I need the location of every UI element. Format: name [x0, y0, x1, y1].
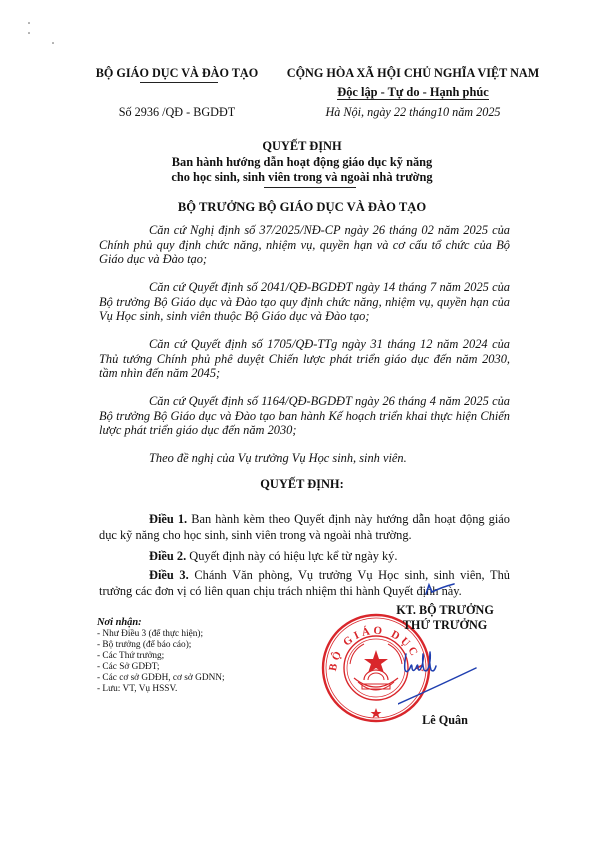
recipient-item: - Các cơ sở GDĐH, cơ sở GDNN; — [97, 673, 307, 684]
scan-artifact — [28, 22, 30, 24]
article-1: Điều 1. Ban hành kèm theo Quyết định này… — [99, 512, 510, 543]
recipient-item: - Như Điều 3 (để thực hiện); — [97, 629, 307, 640]
recipient-item: - Bộ trưởng (để báo cáo); — [97, 640, 307, 651]
preamble-paragraph: Căn cứ Quyết định số 1705/QĐ-TTg ngày 31… — [99, 337, 510, 381]
article-label: Điều 1. — [149, 512, 187, 526]
country-name: CỘNG HÒA XÃ HỘI CHỦ NGHĨA VIỆT NAM — [282, 66, 544, 81]
ministry-underline — [140, 82, 218, 83]
ministry-name: BỘ GIÁO DỤC VÀ ĐÀO TẠO — [82, 66, 272, 81]
preamble-paragraph: Căn cứ Nghị định số 37/2025/NĐ-CP ngày 2… — [99, 223, 510, 267]
recipient-item: - Các Sở GDĐT; — [97, 662, 307, 673]
handwritten-signature-icon — [398, 648, 488, 708]
signature-title-1: KT. BỘ TRƯỞNG — [370, 603, 520, 618]
article-label: Điều 2. — [149, 549, 186, 563]
scan-artifact — [52, 42, 54, 44]
title-underline — [264, 187, 356, 188]
document-number: Số 2936 /QĐ - BGDĐT — [82, 105, 272, 120]
article-label: Điều 3. — [149, 568, 189, 582]
article-text: Quyết định này có hiệu lực kể từ ngày ký… — [186, 549, 397, 563]
national-motto: Độc lập - Tự do - Hạnh phúc — [337, 85, 488, 100]
recipients-heading: Nơi nhận: — [97, 617, 307, 629]
preamble-paragraph: Theo đề nghị của Vụ trưởng Vụ Học sinh, … — [99, 451, 510, 466]
decision-heading: QUYẾT ĐỊNH: — [82, 477, 522, 492]
issuing-authority: BỘ TRƯỞNG BỘ GIÁO DỤC VÀ ĐÀO TẠO — [82, 200, 522, 215]
document-type-heading: QUYẾT ĐỊNH — [82, 139, 522, 154]
place-and-date: Hà Nội, ngày 22 tháng10 năm 2025 — [282, 105, 544, 120]
document-subtitle-line2: cho học sinh, sinh viên trong và ngoài n… — [82, 170, 522, 185]
article-2: Điều 2. Quyết định này có hiệu lực kể từ… — [99, 549, 510, 564]
preamble-paragraph: Căn cứ Quyết định số 2041/QĐ-BGDĐT ngày … — [99, 280, 510, 324]
signer-name: Lê Quân — [370, 713, 520, 728]
preamble-paragraph: Căn cứ Quyết định số 1164/QĐ-BGDĐT ngày … — [99, 394, 510, 438]
recipient-item: - Lưu: VT, Vụ HSSV. — [97, 684, 307, 695]
scan-artifact — [28, 32, 30, 34]
recipients-block: Nơi nhận: - Như Điều 3 (để thực hiện); -… — [97, 617, 307, 695]
recipient-item: - Các Thứ trưởng; — [97, 651, 307, 662]
document-subtitle-line1: Ban hành hướng dẫn hoạt động giáo dục kỹ… — [82, 155, 522, 170]
ink-check-mark — [424, 582, 456, 596]
signature-title-2: THỨ TRƯỞNG — [370, 618, 520, 633]
